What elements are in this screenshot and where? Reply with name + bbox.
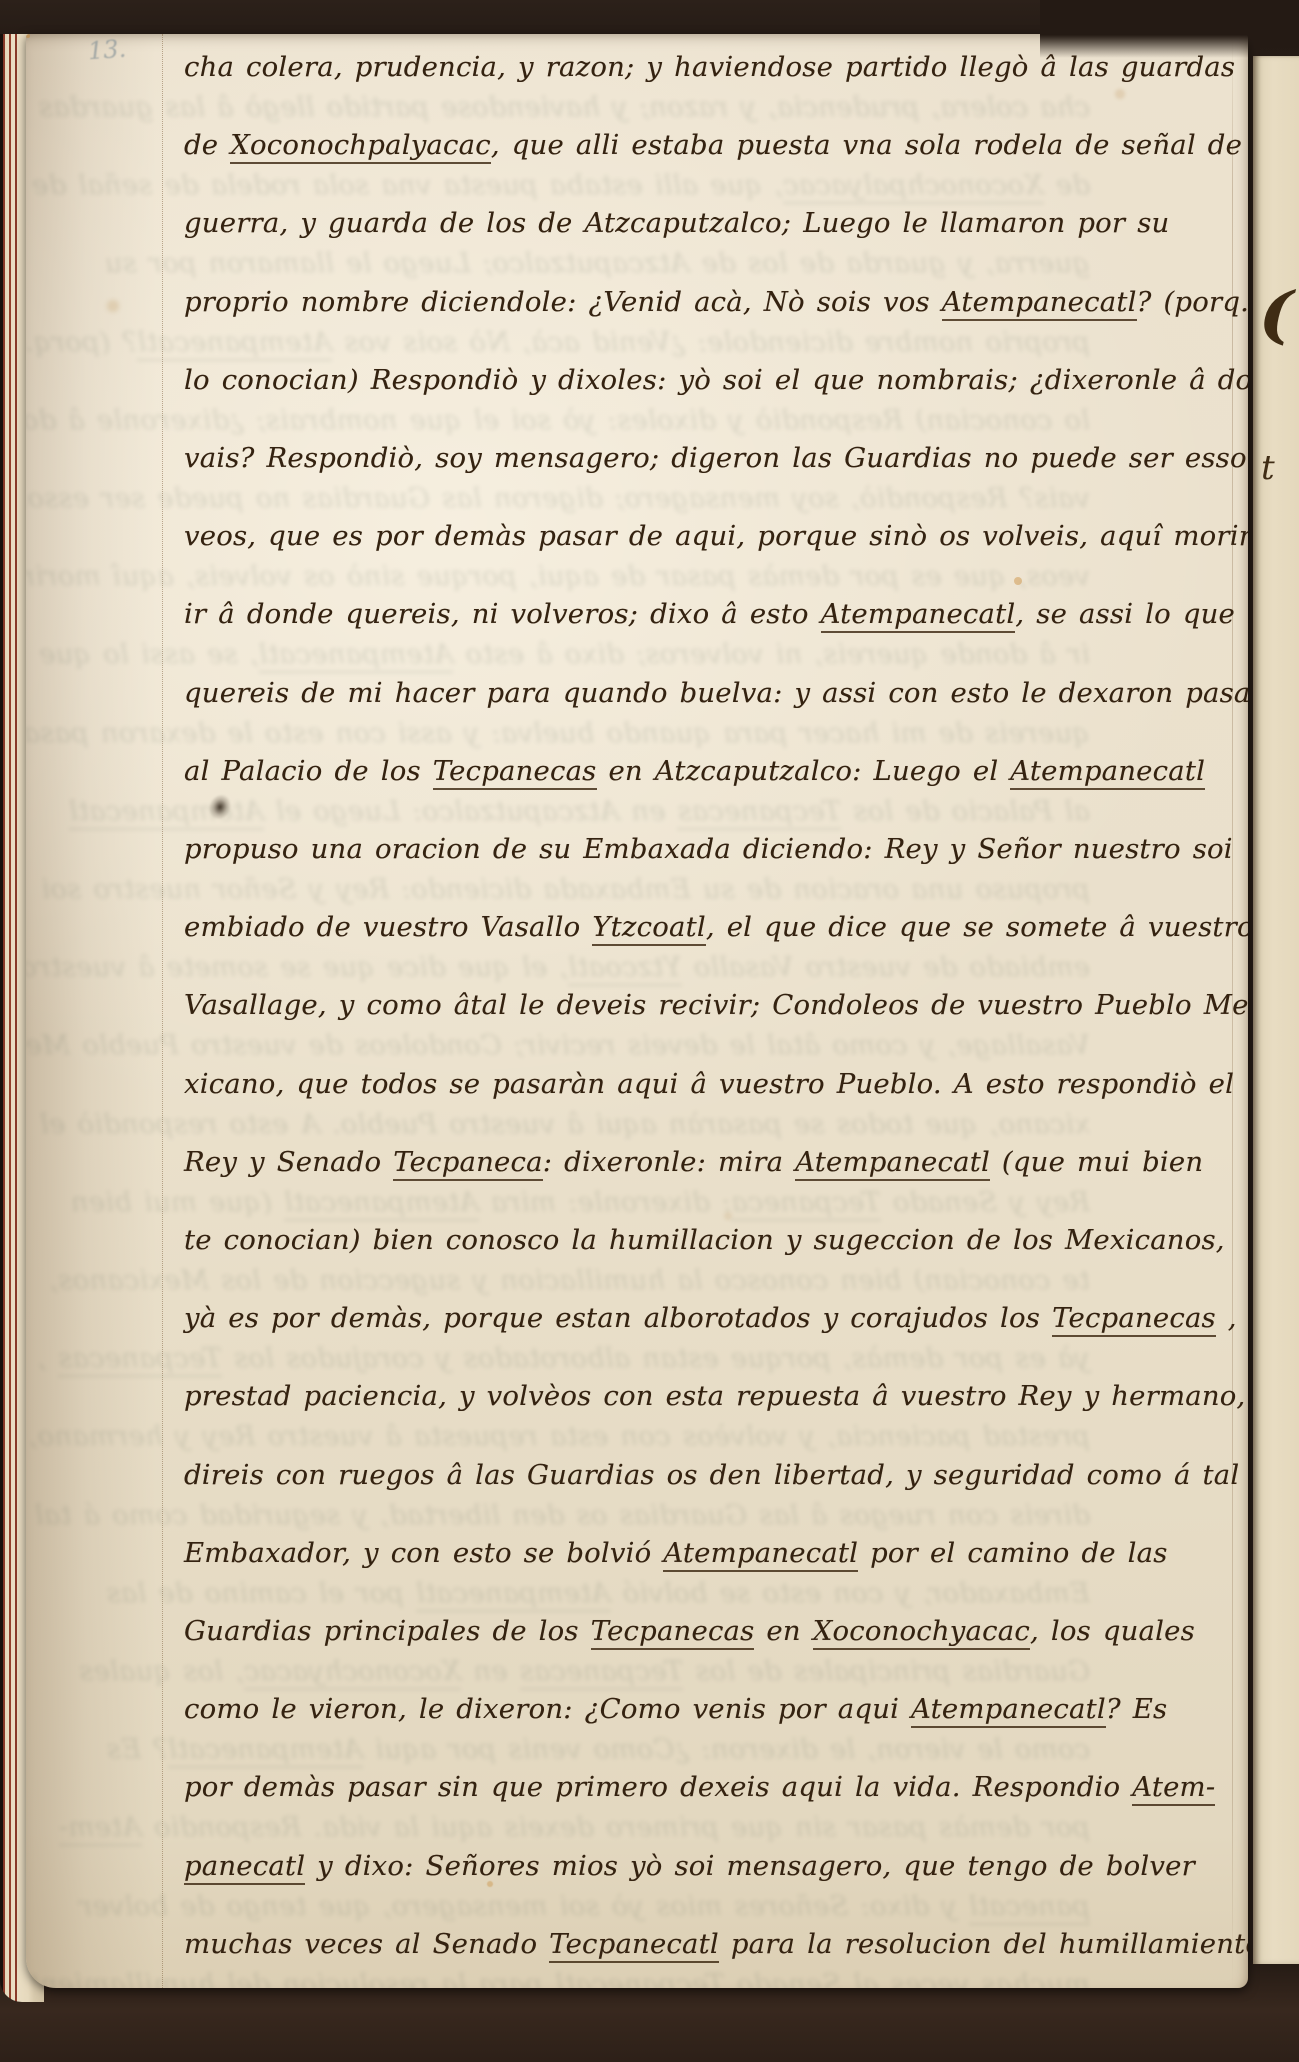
manuscript-line: de Xoconochpalyacac, que alli estaba pue… xyxy=(184,128,1242,162)
text-segment: , xyxy=(1216,1302,1237,1334)
text-segment: proprio nombre diciendole: ¿Venid acà, N… xyxy=(184,286,942,318)
text-segment: , el que dice que se somete â vuestro xyxy=(706,911,1248,943)
underlined-word: Atempanecatl xyxy=(795,1146,990,1181)
manuscript-line: proprio nombre diciendole: ¿Venid acà, N… xyxy=(184,285,1248,319)
manuscript-line: quereis de mi hacer para quando buelva: … xyxy=(184,676,1248,710)
text-segment: quereis de mi hacer para quando buelva: … xyxy=(184,677,1248,709)
manuscript-line: panecatl y dixo: Señores mios yò soi men… xyxy=(184,1849,1195,1883)
text-segment: de xyxy=(184,129,230,161)
text-segment: direis con ruegos â las Guardias os den … xyxy=(184,1459,1239,1491)
text-segment: en Atzcaputzalco: Luego el xyxy=(597,755,1011,787)
adjacent-page-fragment-glyph: t xyxy=(1261,448,1275,488)
manuscript-line: ir â donde quereis, ni volveros; dixo â … xyxy=(184,597,1235,631)
manuscript-line: Rey y Senado Tecpaneca: dixeronle: mira … xyxy=(184,1145,1203,1179)
manuscript-line: como le vieron, le dixeron: ¿Como venis … xyxy=(184,1692,1167,1726)
text-segment: lo conocian) Respondiò y dixoles: yò soi… xyxy=(184,364,1248,396)
text-segment: vais? Respondiò, soy mensagero; digeron … xyxy=(184,442,1248,474)
text-segment: muchas veces al Senado xyxy=(184,1928,549,1960)
manuscript-line: veos, que es por demàs pasar de aqui, po… xyxy=(184,519,1248,553)
underlined-word: Atem- xyxy=(1132,1771,1215,1806)
underlined-word: Xoconochyacac xyxy=(813,1615,1030,1650)
manuscript-line: propuso una oracion de su Embaxada dicie… xyxy=(184,832,1233,866)
text-segment: , los quales xyxy=(1030,1615,1195,1647)
text-segment: propuso una oracion de su Embaxada dicie… xyxy=(184,833,1233,865)
underlined-word: Tecpanecas xyxy=(1052,1302,1216,1337)
manuscript-line: xicano, que todos se pasaràn aqui â vues… xyxy=(184,1067,1234,1101)
text-segment: en xyxy=(754,1615,812,1647)
next-page-sliver: (t xyxy=(1253,56,1299,1964)
manuscript-line: te conocian) bien conosco la humillacion… xyxy=(184,1223,1225,1257)
manuscript-scan: 13. cha colera, prudencia, y razon; y ha… xyxy=(0,0,1299,2062)
adjacent-page-fragment-glyph: ( xyxy=(1258,278,1293,351)
manuscript-line: direis con ruegos â las Guardias os den … xyxy=(184,1458,1239,1492)
manuscript-line: Embaxador, y con esto se bolvió Atempane… xyxy=(184,1536,1168,1570)
text-segment: y dixo: Señores mios yò soi mensagero, q… xyxy=(305,1850,1195,1882)
text-segment: yà es por demàs, porque estan alborotado… xyxy=(184,1302,1052,1334)
underlined-word: Atempanecatl xyxy=(942,286,1137,321)
underlined-word: Tecpanecas xyxy=(433,755,597,790)
text-segment: como le vieron, le dixeron: ¿Como venis … xyxy=(184,1693,911,1725)
manuscript-line: vais? Respondiò, soy mensagero; digeron … xyxy=(184,441,1248,475)
text-segment: por el camino de las xyxy=(858,1537,1167,1569)
underlined-word: Atempanecatl xyxy=(821,598,1016,633)
text-segment: ir â donde quereis, ni volveros; dixo â … xyxy=(184,598,821,630)
text-segment: (que mui bien xyxy=(990,1146,1203,1178)
text-segment: Guardias principales de los xyxy=(184,1615,591,1647)
text-segment: , que alli estaba puesta vna sola rodela… xyxy=(491,129,1242,161)
text-segment: para la resolucion del humillamiento, xyxy=(719,1928,1248,1960)
underlined-word: Xoconochpalyacac xyxy=(230,129,491,164)
text-segment: al Palacio de los xyxy=(184,755,433,787)
underlined-word: Atempanecatl xyxy=(911,1693,1106,1728)
text-segment: Rey y Senado xyxy=(184,1146,393,1178)
text-segment: guerra, y guarda de los de Atzcaputzalco… xyxy=(184,207,1169,239)
text-segment: por demàs pasar sin que primero dexeis a… xyxy=(184,1771,1132,1803)
underlined-word: Tecpanecatl xyxy=(549,1928,719,1963)
underlined-word: Ytzcoatl xyxy=(592,911,706,946)
text-segment: ? (porq.e xyxy=(1137,286,1248,318)
manuscript-line: prestad paciencia, y volvèos con esta re… xyxy=(184,1379,1245,1413)
text-segment: prestad paciencia, y volvèos con esta re… xyxy=(184,1380,1245,1412)
text-segment: xicano, que todos se pasaràn aqui â vues… xyxy=(184,1068,1234,1100)
text-segment: veos, que es por demàs pasar de aqui, po… xyxy=(184,520,1248,552)
manuscript-line: embiado de vuestro Vasallo Ytzcoatl, el … xyxy=(184,910,1248,944)
manuscript-line: al Palacio de los Tecpanecas en Atzcaput… xyxy=(184,754,1205,788)
manuscript-line: por demàs pasar sin que primero dexeis a… xyxy=(184,1770,1215,1804)
text-segment: : dixeronle: mira xyxy=(543,1146,795,1178)
handwritten-text-layer: cha colera, prudencia, y razon; y havien… xyxy=(26,34,1248,1988)
text-segment: ? Es xyxy=(1106,1693,1167,1725)
text-segment: , se assi lo que xyxy=(1015,598,1235,630)
text-segment: Vasallage, y como âtal le deveis recivir… xyxy=(184,989,1248,1021)
manuscript-line: guerra, y guarda de los de Atzcaputzalco… xyxy=(184,206,1169,240)
manuscript-line: yà es por demàs, porque estan alborotado… xyxy=(184,1301,1237,1335)
underlined-word: Tecpanecas xyxy=(591,1615,755,1650)
binding-shadow xyxy=(1040,0,1299,58)
manuscript-line: lo conocian) Respondiò y dixoles: yò soi… xyxy=(184,363,1248,397)
text-segment: embiado de vuestro Vasallo xyxy=(184,911,592,943)
manuscript-line: Vasallage, y como âtal le deveis recivir… xyxy=(184,988,1248,1022)
manuscript-line: muchas veces al Senado Tecpanecatl para … xyxy=(184,1927,1248,1961)
underlined-word: panecatl xyxy=(184,1850,305,1885)
underlined-word: Atempanecatl xyxy=(663,1537,858,1572)
text-segment: Embaxador, y con esto se bolvió xyxy=(184,1537,663,1569)
underlined-word: Tecpaneca xyxy=(393,1146,542,1181)
manuscript-line: Guardias principales de los Tecpanecas e… xyxy=(184,1614,1195,1648)
underlined-word: Atempanecatl xyxy=(1010,755,1205,790)
foxing-stains xyxy=(26,34,30,38)
text-segment: te conocian) bien conosco la humillacion… xyxy=(184,1224,1225,1256)
manuscript-page: 13. cha colera, prudencia, y razon; y ha… xyxy=(26,34,1248,1988)
